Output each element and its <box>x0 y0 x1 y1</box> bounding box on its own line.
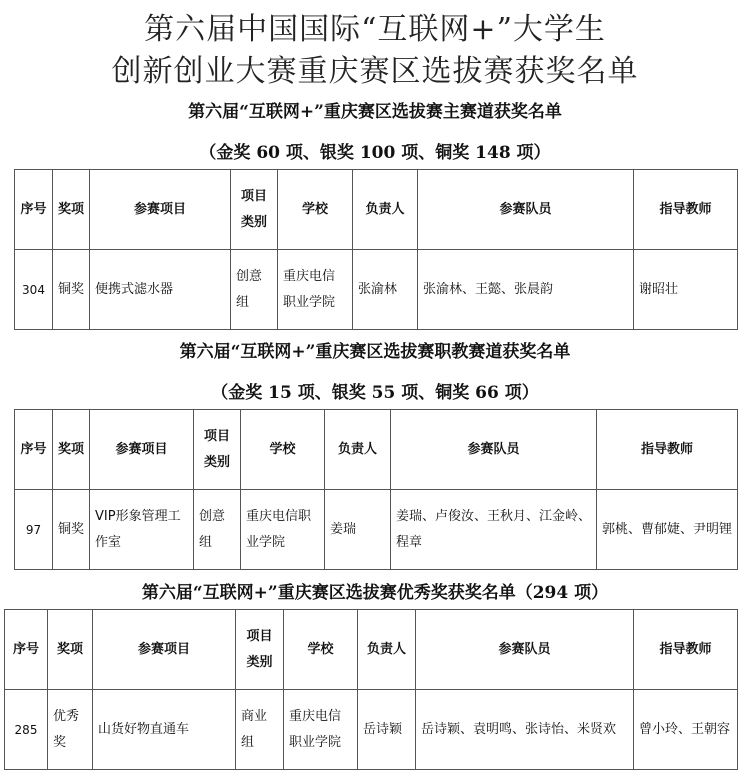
cell-school: 重庆电信职业学院 <box>241 490 325 570</box>
cell-category: 创意组 <box>231 250 278 330</box>
cell-leader: 岳诗颖 <box>358 690 416 770</box>
cell-project: VIP形象管理工作室 <box>90 490 194 570</box>
col-header-leader: 负责人 <box>358 610 416 690</box>
col-header-school: 学校 <box>278 170 353 250</box>
col-header-members: 参赛队员 <box>391 410 597 490</box>
col-header-project: 参赛项目 <box>90 410 194 490</box>
col-header-category: 项目类别 <box>194 410 241 490</box>
cell-category: 商业组 <box>236 690 284 770</box>
col-header-no: 序号 <box>15 410 53 490</box>
col-header-award: 奖项 <box>53 170 90 250</box>
cell-advisor: 谢昭壮 <box>634 250 738 330</box>
cell-project: 山货好物直通车 <box>93 690 236 770</box>
col-header-members: 参赛队员 <box>416 610 634 690</box>
cell-no: 304 <box>15 250 53 330</box>
vocational-track-summary: （金奖 15 项、银奖 55 项、铜奖 66 项） <box>0 382 750 404</box>
table-row: 285 优秀奖 山货好物直通车 商业组 重庆电信职业学院 岳诗颖 岳诗颖、袁明鸣… <box>5 690 738 770</box>
main-track-table: 序号 奖项 参赛项目 项目类别 学校 负责人 参赛队员 指导教师 304 铜奖 … <box>14 169 738 330</box>
document-title-line-1: 第六届中国国际“互联网+”大学生 <box>0 12 750 48</box>
vocational-track-heading: 第六届“互联网+”重庆赛区选拔赛职教赛道获奖名单 <box>0 341 750 363</box>
col-header-project: 参赛项目 <box>90 170 231 250</box>
col-header-category: 项目类别 <box>231 170 278 250</box>
col-header-leader: 负责人 <box>353 170 418 250</box>
excellence-award-table: 序号 奖项 参赛项目 项目类别 学校 负责人 参赛队员 指导教师 285 优秀奖… <box>4 609 738 770</box>
col-header-no: 序号 <box>5 610 48 690</box>
cell-members: 张渝林、王懿、张晨韵 <box>418 250 634 330</box>
cell-school: 重庆电信职业学院 <box>278 250 353 330</box>
cell-advisor: 郭桃、曹郁婕、尹明锂 <box>597 490 738 570</box>
cell-school: 重庆电信职业学院 <box>284 690 358 770</box>
cell-leader: 姜瑞 <box>325 490 391 570</box>
col-header-leader: 负责人 <box>325 410 391 490</box>
cell-award: 铜奖 <box>53 250 90 330</box>
vocational-track-table: 序号 奖项 参赛项目 项目类别 学校 负责人 参赛队员 指导教师 97 铜奖 V… <box>14 409 738 570</box>
cell-members: 岳诗颖、袁明鸣、张诗怡、米贤欢 <box>416 690 634 770</box>
table-row: 97 铜奖 VIP形象管理工作室 创意组 重庆电信职业学院 姜瑞 姜瑞、卢俊汝、… <box>15 490 738 570</box>
col-header-advisor: 指导教师 <box>634 610 738 690</box>
cell-award: 铜奖 <box>53 490 90 570</box>
cell-no: 97 <box>15 490 53 570</box>
main-track-summary: （金奖 60 项、银奖 100 项、铜奖 148 项） <box>0 142 750 164</box>
col-header-members: 参赛队员 <box>418 170 634 250</box>
col-header-project: 参赛项目 <box>93 610 236 690</box>
col-header-no: 序号 <box>15 170 53 250</box>
cell-category: 创意组 <box>194 490 241 570</box>
table-row: 304 铜奖 便携式滤水器 创意组 重庆电信职业学院 张渝林 张渝林、王懿、张晨… <box>15 250 738 330</box>
document-title-line-2: 创新创业大赛重庆赛区选拔赛获奖名单 <box>0 54 750 90</box>
col-header-advisor: 指导教师 <box>597 410 738 490</box>
table-header-row: 序号 奖项 参赛项目 项目类别 学校 负责人 参赛队员 指导教师 <box>15 410 738 490</box>
col-header-award: 奖项 <box>48 610 93 690</box>
cell-no: 285 <box>5 690 48 770</box>
col-header-award: 奖项 <box>53 410 90 490</box>
cell-leader: 张渝林 <box>353 250 418 330</box>
cell-members: 姜瑞、卢俊汝、王秋月、江金岭、程章 <box>391 490 597 570</box>
table-header-row: 序号 奖项 参赛项目 项目类别 学校 负责人 参赛队员 指导教师 <box>5 610 738 690</box>
cell-project: 便携式滤水器 <box>90 250 231 330</box>
table-header-row: 序号 奖项 参赛项目 项目类别 学校 负责人 参赛队员 指导教师 <box>15 170 738 250</box>
col-header-school: 学校 <box>241 410 325 490</box>
cell-advisor: 曾小玲、王朝容 <box>634 690 738 770</box>
col-header-category: 项目类别 <box>236 610 284 690</box>
excellence-award-heading: 第六届“互联网+”重庆赛区选拔赛优秀奖获奖名单（294 项） <box>0 582 750 604</box>
col-header-school: 学校 <box>284 610 358 690</box>
col-header-advisor: 指导教师 <box>634 170 738 250</box>
main-track-heading: 第六届“互联网+”重庆赛区选拔赛主赛道获奖名单 <box>0 101 750 123</box>
cell-award: 优秀奖 <box>48 690 93 770</box>
